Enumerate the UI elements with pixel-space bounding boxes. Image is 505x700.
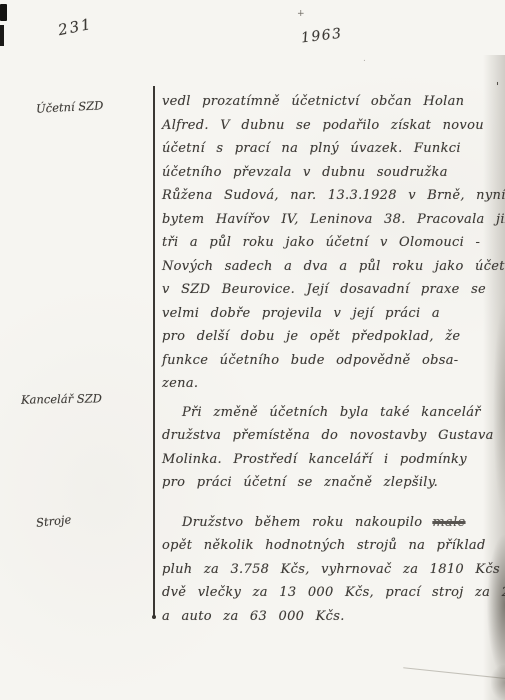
margin-label-accountant: Účetní SZD xyxy=(36,98,104,116)
scan-speck: + xyxy=(297,9,305,19)
handwritten-line: velmi dobře projevila v její práci a xyxy=(162,302,496,326)
handwritten-line: opět několik hodnotných strojů na příkla… xyxy=(162,534,496,558)
handwritten-line: a auto za 63 000 Kčs. xyxy=(162,605,496,629)
handwritten-line: pro práci účetní se značně zlepšily. xyxy=(162,471,496,495)
handwritten-line: vedl prozatímně účetnictví občan Holan xyxy=(162,90,496,114)
handwritten-line: dvě vlečky za 13 000 Kčs, prací stroj za… xyxy=(162,581,496,605)
handwritten-line: Růžena Sudová, nar. 13.3.1928 v Brně, ny… xyxy=(162,184,496,208)
margin-label-machines: Stroje xyxy=(35,512,72,530)
handwritten-line: pro delší dobu je opět předpoklad, že xyxy=(162,325,496,349)
scanned-chronicle-page: + ' . 231 1963 Účetní SZD Kancelář SZD S… xyxy=(0,0,505,700)
year-heading: 1963 xyxy=(300,26,343,47)
scan-artifact-right-blob xyxy=(491,665,505,700)
scan-artifact-left-mark xyxy=(0,25,4,46)
handwritten-line: funkce účetního bude odpovědně obsa- xyxy=(162,349,496,373)
scan-artifact-left-mark xyxy=(0,4,7,21)
margin-rule xyxy=(153,86,155,617)
handwritten-line: v SZD Beurovice. Její dosavadní praxe se xyxy=(162,278,496,302)
crossed-out-word: male xyxy=(432,515,465,530)
handwritten-line: účetní s prací na plný úvazek. Funkci xyxy=(162,137,496,161)
handwritten-body: vedl prozatímně účetnictví občan Holan A… xyxy=(162,90,496,628)
handwritten-line: bytem Havířov IV, Leninova 38. Pracovala… xyxy=(162,208,496,232)
handwritten-line: Alfred. V dubnu se podařilo získat novou xyxy=(162,114,496,138)
handwritten-line: Při změně účetních byla také kancelář xyxy=(162,401,496,425)
paragraph-machines: Družstvo během roku nakoupilomale opět n… xyxy=(162,511,496,629)
scan-speck: ' xyxy=(496,80,499,93)
handwritten-line: Družstvo během roku nakoupilomale xyxy=(162,511,496,535)
page-number: 231 xyxy=(57,15,94,39)
handwritten-line: Molinka. Prostředí kanceláří i podmínky xyxy=(162,448,496,472)
paragraph-office: Při změně účetních byla také kancelář dr… xyxy=(162,401,496,495)
handwritten-line: družstva přemístěna do novostavby Gustav… xyxy=(162,424,496,448)
margin-label-office: Kancelář SZD xyxy=(21,391,102,406)
handwritten-line: zena. xyxy=(162,372,496,396)
handwritten-line: účetního převzala v dubnu soudružka xyxy=(162,161,496,185)
scan-speck: . xyxy=(363,54,366,64)
handwritten-line: Nových sadech a dva a půl roku jako účet… xyxy=(162,255,496,279)
handwritten-line: tři a půl roku jako účetní v Olomouci - xyxy=(162,231,496,255)
paragraph-accountant: vedl prozatímně účetnictví občan Holan A… xyxy=(162,90,496,396)
handwritten-line: pluh za 3.758 Kčs, vyhrnovač za 1810 Kčs xyxy=(162,558,496,582)
handwritten-text: Družstvo během roku nakoupilo xyxy=(182,515,422,530)
